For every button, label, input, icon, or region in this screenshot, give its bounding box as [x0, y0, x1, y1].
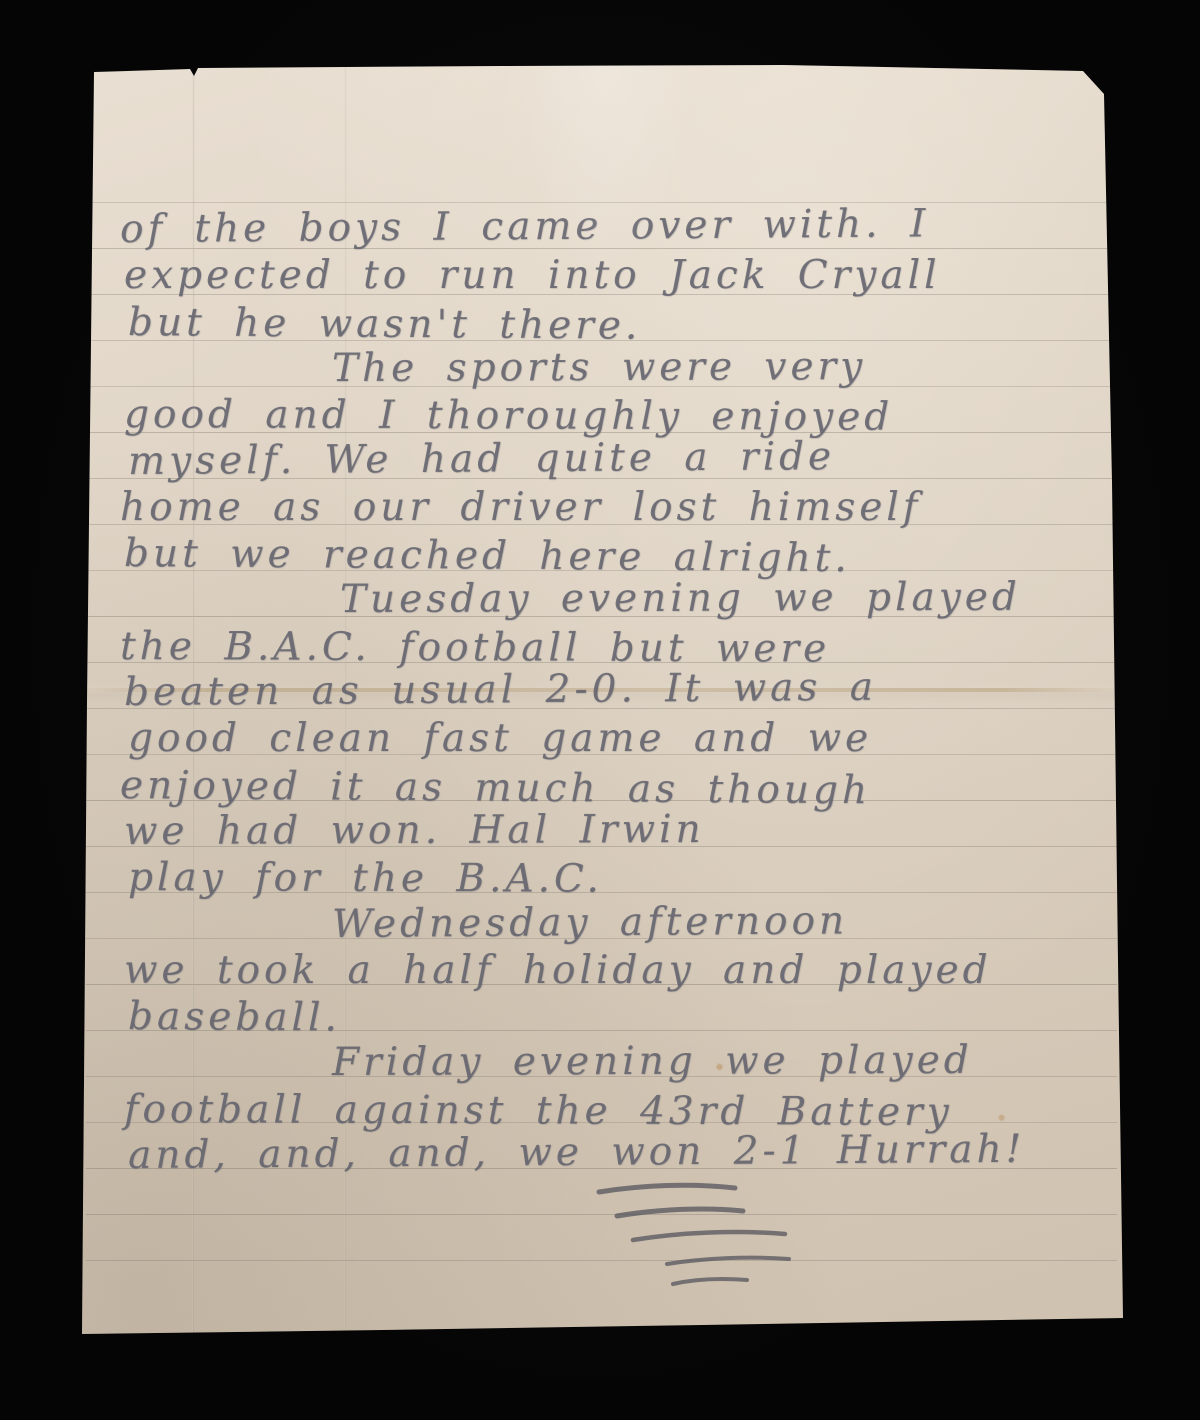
handwriting-line: baseball.: [128, 994, 341, 1040]
handwriting-line: enjoyed it as much as though: [120, 763, 871, 813]
handwriting-line: myself. We had quite a ride: [128, 434, 835, 484]
handwriting-line: good and I thoroughly enjoyed: [124, 392, 893, 440]
handwriting-line: The sports were very: [332, 344, 866, 391]
handwriting-line: expected to run into Jack Cryall: [124, 253, 941, 298]
flourish-stroke: [617, 1209, 743, 1216]
flourish-stroke: [673, 1279, 747, 1284]
handwriting: of the boys I came over with. Iexpected …: [82, 62, 1127, 1334]
handwriting-line: but he wasn't there.: [128, 300, 642, 349]
handwriting-line: play for the B.A.C.: [128, 855, 603, 902]
flourish-stroke: [599, 1185, 735, 1192]
handwriting-line: of the boys I came over with. I: [120, 201, 930, 252]
handwriting-line: Friday evening we played: [332, 1038, 973, 1085]
handwriting-line: but we reached here alright.: [124, 531, 851, 581]
emphasis-flourish-underline: [587, 1180, 807, 1290]
handwriting-line: good clean fast game and we: [128, 716, 872, 761]
handwriting-line: beaten as usual 2-0. It was a: [124, 665, 877, 715]
flourish-stroke: [633, 1232, 785, 1240]
handwriting-line: we took a half holiday and played: [124, 948, 992, 993]
letter-page: of the boys I came over with. Iexpected …: [82, 62, 1127, 1334]
handwriting-line: the B.A.C. football but were: [120, 624, 830, 671]
handwriting-line: Tuesday evening we played: [340, 575, 1021, 622]
photo-background: of the boys I came over with. Iexpected …: [0, 0, 1200, 1420]
flourish-stroke: [667, 1258, 789, 1264]
handwriting-line: and, and, and, we won 2-1 Hurrah!: [128, 1127, 1026, 1178]
handwriting-line: we had won. Hal Irwin: [124, 807, 705, 854]
handwriting-line: home as our driver lost himself: [120, 485, 921, 530]
handwriting-line: Wednesday afternoon: [332, 898, 848, 947]
